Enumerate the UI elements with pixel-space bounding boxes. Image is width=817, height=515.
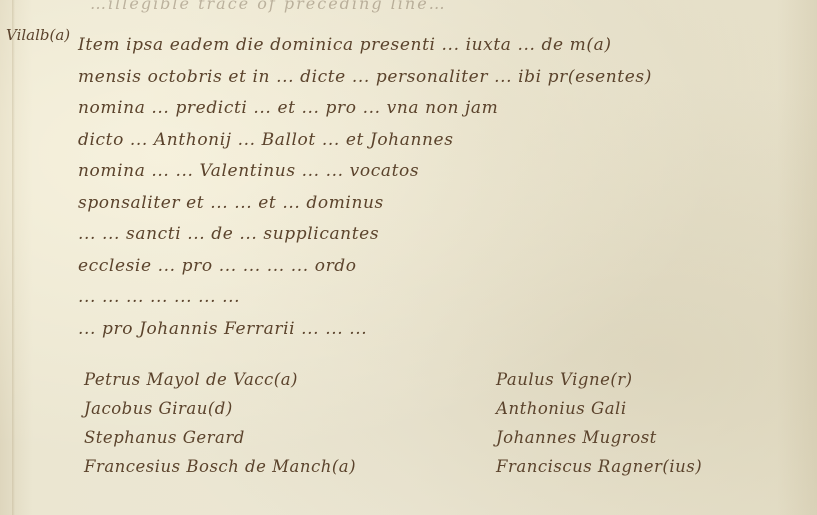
page-edge [777,0,817,515]
text-line: nomina ... ... Valentinus ... ... vocato… [78,156,778,188]
witness-name: Francesius Bosch de Manch(a) [84,452,356,481]
witness-column-left: Petrus Mayol de Vacc(a) Jacobus Girau(d)… [84,365,356,481]
text-line: ... ... sancti ... de ... supplicantes [78,219,778,251]
text-line: mensis octobris et in ... dicte ... pers… [78,62,778,94]
witness-name: Franciscus Ragner(ius) [496,452,702,481]
witness-list: Petrus Mayol de Vacc(a) Jacobus Girau(d)… [84,365,724,481]
margin-note: Vilalb(a) [6,26,70,44]
text-line: Item ipsa eadem die dominica presenti ..… [78,30,778,62]
text-line: dicto ... Anthonij ... Ballot ... et Joh… [78,125,778,157]
text-line: ... ... ... ... ... ... ... [78,282,778,314]
text-line: ecclesie ... pro ... ... ... ... ordo [78,251,778,283]
witness-name: Paulus Vigne(r) [496,365,702,394]
manuscript-page: …illegible trace of preceding line… Vila… [0,0,817,515]
page-fold [12,0,15,515]
witness-name: Anthonius Gali [496,394,702,423]
witness-name: Johannes Mugrost [496,423,702,452]
top-bleedthrough-text: …illegible trace of preceding line… [90,0,650,14]
text-line: nomina ... predicti ... et ... pro ... v… [78,93,778,125]
witness-name: Petrus Mayol de Vacc(a) [84,365,356,394]
witness-name: Jacobus Girau(d) [84,394,356,423]
text-line: sponsaliter et ... ... et ... dominus [78,188,778,220]
text-line: ... pro Johannis Ferrarii ... ... ... [78,314,778,346]
witness-name: Stephanus Gerard [84,423,356,452]
main-text-block: Item ipsa eadem die dominica presenti ..… [78,30,778,345]
witness-column-right: Paulus Vigne(r) Anthonius Gali Johannes … [496,365,702,481]
